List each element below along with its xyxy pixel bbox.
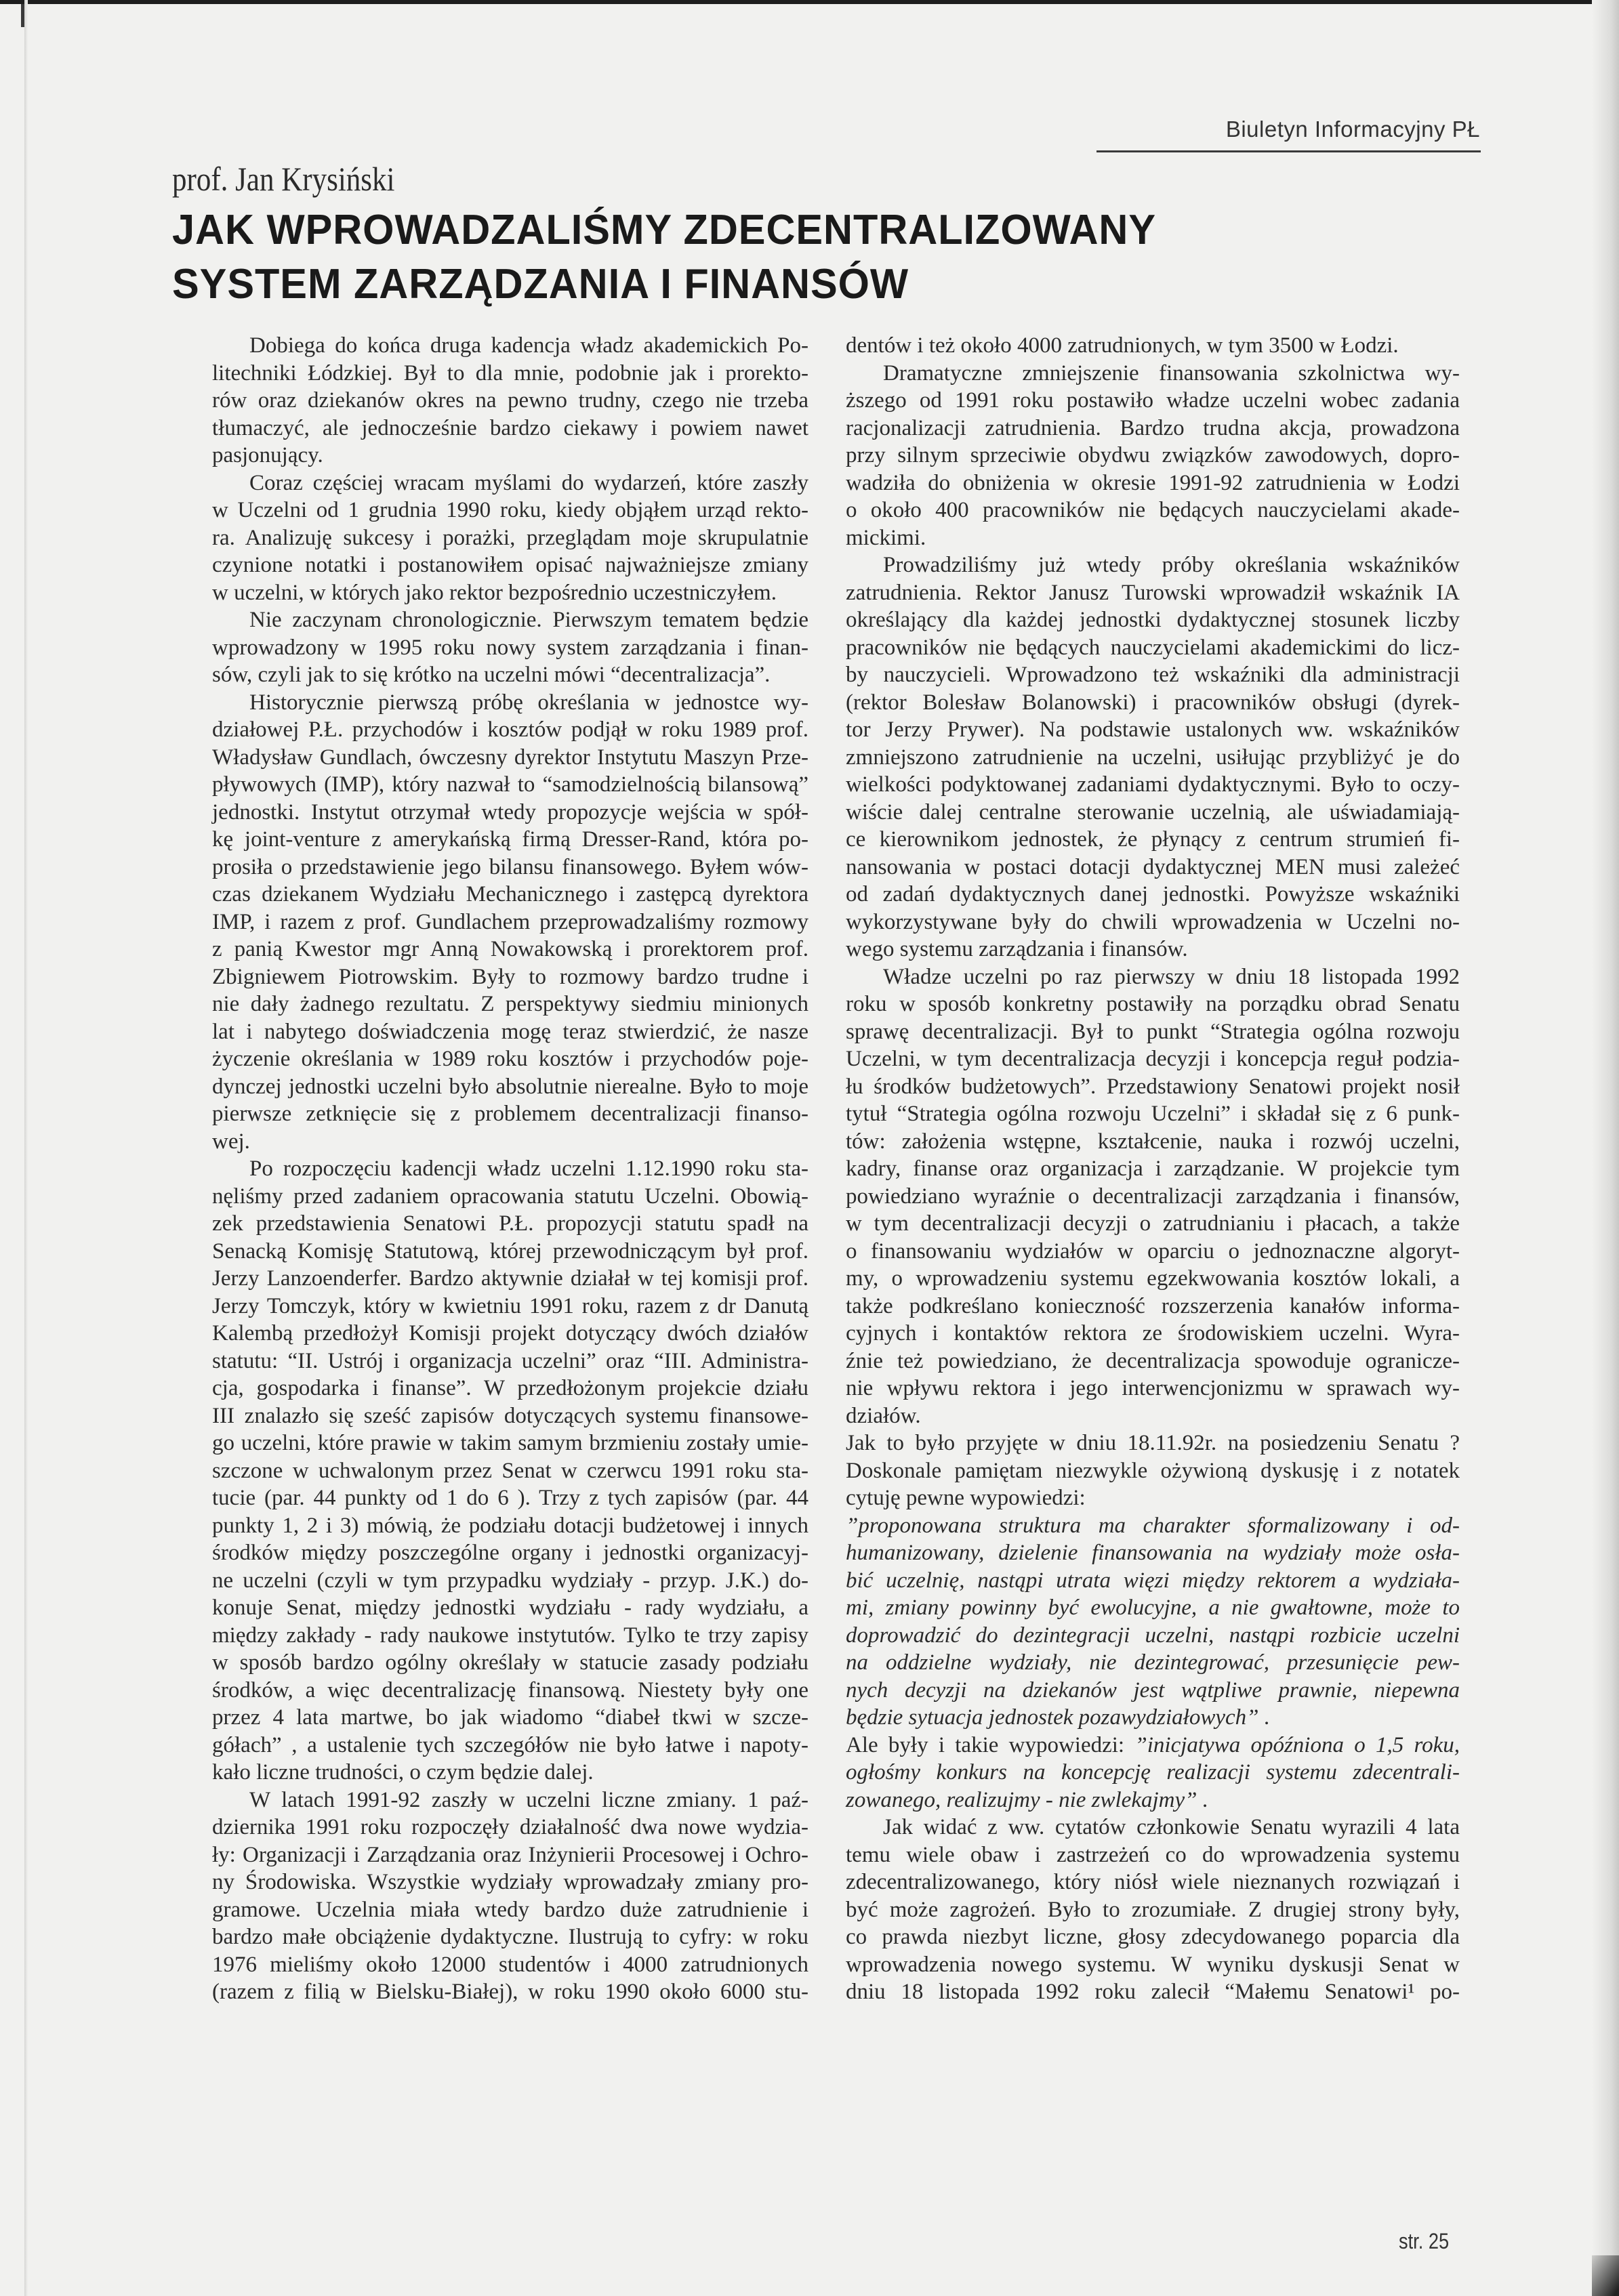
- text-line: dynczej jednostki uczelni było absolutni…: [212, 1073, 808, 1101]
- text-line: działowej P.Ł. przychodów i kosztów podj…: [212, 716, 808, 744]
- text-line: dniu 18 listopada 1992 roku zalecił “Mał…: [846, 1978, 1460, 2006]
- text-line: Zbigniewem Piotrowskim. Były to rozmowy …: [212, 963, 808, 991]
- text-line: by nauczycieli. Wprowadzono też wskaźnik…: [846, 661, 1460, 689]
- text-line: tłumaczyć, ale jednocześnie bardzo cieka…: [212, 415, 808, 442]
- text-line: ższego od 1991 roku postawiło władze ucz…: [846, 387, 1460, 415]
- text-line: zek przedstawienia Senatowi P.Ł. propozy…: [212, 1210, 808, 1238]
- text-line: gółach” , a ustalenie tych szczegółów ni…: [212, 1732, 808, 1759]
- text-line: kę joint-venture z amerykańską firmą Dre…: [212, 826, 808, 854]
- text-line: pływowych (IMP), który nazwał to “samodz…: [212, 771, 808, 799]
- text-line: na oddzielne wydziały, nie dezintegrować…: [846, 1649, 1460, 1677]
- text-line: dentów i też około 4000 zatrudnionych, w…: [846, 332, 1460, 360]
- text-line: wielkości podyktowanej zadaniami dydakty…: [846, 771, 1460, 799]
- text-line: Jak widać z ww. cytatów członkowie Senat…: [846, 1814, 1460, 1841]
- text-line: (razem z filią w Bielsku-Białej), w roku…: [212, 1978, 808, 2006]
- text-line: ce kierownikom jednostek, że płynący z c…: [846, 826, 1460, 854]
- text-line: także podkreślano konieczność rozszerzen…: [846, 1293, 1460, 1320]
- text-line: Kalembą przedłożył Komisji projekt dotyc…: [212, 1320, 808, 1348]
- text-line: my, o wprowadzeniu systemu egzekwowania …: [846, 1265, 1460, 1293]
- text-line: sów, czyli jak to się krótko na uczelni …: [212, 661, 808, 689]
- text-line: Dramatyczne zmniejszenie finansowania sz…: [846, 360, 1460, 388]
- text-line: w tym decentralizacji decyzji o zatrudni…: [846, 1210, 1460, 1238]
- text-line: rów oraz dziekanów okres na pewno trudny…: [212, 387, 808, 415]
- text-line: przy silnym sprzeciwie obydwu związków z…: [846, 442, 1460, 469]
- text-line: określający dla każdej jednostki dydakty…: [846, 606, 1460, 634]
- text-line: o finansowaniu wydziałów w oparciu o jed…: [846, 1238, 1460, 1266]
- text-line: Władysław Gundlach, ówczesny dyrektor In…: [212, 744, 808, 772]
- text-line: racjonalizacji zatrudnienia. Bardzo trud…: [846, 415, 1460, 442]
- text-line: Jerzy Tomczyk, który w kwietniu 1991 rok…: [212, 1293, 808, 1320]
- text-line: szczone w uchwalonym przez Senat w czerw…: [212, 1457, 808, 1485]
- text-line: ne uczelni (czyli w tym przypadku wydzia…: [212, 1567, 808, 1595]
- text-line: go uczelni, które prawie w takim samym b…: [212, 1429, 808, 1457]
- text-line: jednostki. Instytut otrzymał wtedy propo…: [212, 799, 808, 827]
- text-line: co prawda niezbyt liczne, głosy zdecydow…: [846, 1923, 1460, 1951]
- scan-top-edge: [0, 0, 1619, 4]
- text-line: kadry, finanse oraz organizacja i zarząd…: [846, 1155, 1460, 1183]
- text-line: wprowadzenia nowego systemu. W wyniku dy…: [846, 1951, 1460, 1979]
- title-line: JAK WPROWADZALIŚMY ZDECENTRALIZOWANY: [172, 203, 1156, 257]
- text-line: zowanego, realizujmy - nie zwlekajmy” .: [846, 1787, 1460, 1814]
- text-line: lat i nabytego doświadczenia mogę teraz …: [212, 1018, 808, 1046]
- running-header: Biuletyn Informacyjny PŁ: [1226, 117, 1480, 142]
- text-line: gramowe. Uczelnia miała wtedy bardzo duż…: [212, 1896, 808, 1924]
- text-line: czynione notatki i postanowiłem opisać n…: [212, 551, 808, 579]
- text-line: roku w sposób konkretny postawiły na por…: [846, 990, 1460, 1018]
- text-line: pracowników nie będących nauczycielami a…: [846, 634, 1460, 662]
- text-line: Dobiega do końca druga kadencja władz ak…: [212, 332, 808, 360]
- text-line: (rektor Bolesław Bolanowski) i pracownik…: [846, 689, 1460, 717]
- text-line: tytuł “Strategia ogólna rozwoju Uczelni”…: [846, 1100, 1460, 1128]
- text-line: w uczelni, w których jako rektor bezpośr…: [212, 579, 808, 607]
- text-line: zmniejszono zatrudnienie na uczelni, usi…: [846, 744, 1460, 772]
- text-line: pierwsze zetknięcie się z problemem dece…: [212, 1100, 808, 1128]
- text-line: wprowadzony w 1995 roku nowy system zarz…: [212, 634, 808, 662]
- text-line: Władze uczelni po raz pierwszy w dniu 18…: [846, 963, 1460, 991]
- article-title: JAK WPROWADZALIŚMY ZDECENTRALIZOWANY SYS…: [172, 203, 1156, 312]
- text-line: bić uczelnię, nastąpi utrata więzi międz…: [846, 1567, 1460, 1595]
- text-line: od zadań dydaktycznych danej jednostki. …: [846, 881, 1460, 909]
- text-line: zatrudnienia. Rektor Janusz Turowski wpr…: [846, 579, 1460, 607]
- text-line: sprawę decentralizacji. Był to punkt “St…: [846, 1018, 1460, 1046]
- text-line: z panią Kwestor mgr Anną Nowakowską i pr…: [212, 936, 808, 963]
- text-line: tor Jerzy Prywer). Na podstawie ustalony…: [846, 716, 1460, 744]
- text-line: statutu: “II. Ustrój i organizacja uczel…: [212, 1348, 808, 1375]
- text-line: źnie też powiedziano, że decentralizacja…: [846, 1348, 1460, 1375]
- text-line: cyjnych i kontaktów rektora ze środowisk…: [846, 1320, 1460, 1348]
- text-line: być może zagrożeń. Było to zrozumiałe. Z…: [846, 1896, 1460, 1924]
- text-line: tów: założenia wstępne, kształcenie, nau…: [846, 1128, 1460, 1156]
- text-line: nęliśmy przed zadaniem opracowania statu…: [212, 1183, 808, 1211]
- text-line: Prowadziliśmy już wtedy próby określania…: [846, 551, 1460, 579]
- text-line: życzenie określania w 1989 roku kosztów …: [212, 1045, 808, 1073]
- text-line: Ale były i takie wypowiedzi: ”inicjatywa…: [846, 1732, 1460, 1759]
- text-line: powiedziano wyraźnie o decentralizacji z…: [846, 1183, 1460, 1211]
- text-line: Jerzy Lanzoenderfer. Bardzo aktywnie dzi…: [212, 1265, 808, 1293]
- page-corner-shadow: [1592, 2255, 1619, 2296]
- text-line: Po rozpoczęciu kadencji władz uczelni 1.…: [212, 1155, 808, 1183]
- text-line: 1976 mieliśmy około 12000 studentów i 40…: [212, 1951, 808, 1979]
- text-line: Doskonale pamiętam niezwykle ożywioną dy…: [846, 1457, 1460, 1485]
- gutter-shadow: [24, 0, 28, 2296]
- text-line: cja, gospodarka i finanse”. W przedłożon…: [212, 1375, 808, 1402]
- text-line: Jak to było przyjęte w dniu 18.11.92r. n…: [846, 1429, 1460, 1457]
- text-line: Uczelni, w tym decentralizacja decyzji i…: [846, 1045, 1460, 1073]
- text-line: wego systemu zarządzania i finansów.: [846, 936, 1460, 963]
- text-line: w sposób bardzo ogólny określały w statu…: [212, 1649, 808, 1677]
- text-line: wej.: [212, 1128, 808, 1156]
- text-line: będzie sytuacja jednostek pozawydziałowy…: [846, 1704, 1460, 1732]
- text-line: wykorzystywane były do chwili wprowadzen…: [846, 909, 1460, 936]
- text-line: nie wpływu rektora i jego interwencjoniz…: [846, 1375, 1460, 1402]
- text-line: ra. Analizuję sukcesy i porażki, przeglą…: [212, 524, 808, 552]
- text-line: mickimi.: [846, 524, 1460, 552]
- header-rule: [1097, 150, 1481, 152]
- text-line: humanizowany, dzielenie finansowania na …: [846, 1539, 1460, 1567]
- text-line: prosiła o przedstawienie jego bilansu fi…: [212, 854, 808, 881]
- text-line: Senacką Komisję Statutową, której przewo…: [212, 1238, 808, 1266]
- text-line: wadziła do obniżenia w okresie 1991-92 z…: [846, 469, 1460, 497]
- text-line: Coraz częściej wracam myślami do wydarze…: [212, 469, 808, 497]
- left-column: Dobiega do końca druga kadencja władz ak…: [212, 332, 808, 2006]
- text-line: litechniki Łódzkiej. Był to dla mnie, po…: [212, 360, 808, 388]
- text-line: pasjonujący.: [212, 442, 808, 469]
- text-line: środków, a więc decentralizację finansow…: [212, 1677, 808, 1705]
- text-line: tucie (par. 44 punkty od 1 do 6 ). Trzy …: [212, 1484, 808, 1512]
- text-line: zdecentralizowanego, który niósł wiele n…: [846, 1869, 1460, 1896]
- text-line: W latach 1991-92 zaszły w uczelni liczne…: [212, 1787, 808, 1814]
- text-line: działów.: [846, 1402, 1460, 1430]
- text-line: punkty 1, 2 i 3) mówią, że podziału dota…: [212, 1512, 808, 1540]
- text-line: Historycznie pierwszą próbę określania w…: [212, 689, 808, 717]
- text-line: między zakłady - rady naukowe instytutów…: [212, 1622, 808, 1650]
- text-line: ły: Organizacji i Zarządzania oraz Inżyn…: [212, 1841, 808, 1869]
- text-line: w Uczelni od 1 grudnia 1990 roku, kiedy …: [212, 497, 808, 524]
- page-number: str. 25: [1399, 2229, 1449, 2254]
- text-line: cytuję pewne wypowiedzi:: [846, 1484, 1460, 1512]
- text-line: III znalazło się sześć zapisów dotyczący…: [212, 1402, 808, 1430]
- text-line: konuje Senat, między jednostki wydziału …: [212, 1594, 808, 1622]
- text-line: wiście dalej centralne sterowanie uczeln…: [846, 799, 1460, 827]
- text-line: doprowadzić do dezintegracji uczelni, na…: [846, 1622, 1460, 1650]
- text-line: mi, zmiany powinny być ewolucyjne, a nie…: [846, 1594, 1460, 1622]
- article-author: prof. Jan Krysiński: [172, 159, 394, 199]
- text-line: dziernika 1991 roku rozpoczęły działalno…: [212, 1814, 808, 1841]
- text-line: środków między poszczególne organy i jed…: [212, 1539, 808, 1567]
- text-line: czas dziekanem Wydziału Mechanicznego i …: [212, 881, 808, 909]
- text-line: o około 400 pracowników nie będących nau…: [846, 497, 1460, 524]
- text-line: nych decyzji na dziekanów jest wątpliwe …: [846, 1677, 1460, 1705]
- text-line: ny Środowiska. Wszystkie wydziały wprowa…: [212, 1869, 808, 1896]
- text-line: nie dały żadnego rezultatu. Z perspektyw…: [212, 990, 808, 1018]
- text-line: przez 4 lata martwe, bo jak wiadomo “dia…: [212, 1704, 808, 1732]
- text-line: temu wiele obaw i zastrzeżeń co do wprow…: [846, 1841, 1460, 1869]
- title-line: SYSTEM ZARZĄDZANIA I FINANSÓW: [172, 257, 1156, 312]
- page-edge-shadow: [1592, 0, 1619, 2296]
- text-line: nansowania w postaci dotacji dydaktyczne…: [846, 854, 1460, 881]
- text-line: bardzo małe obciążenie dydaktyczne. Ilus…: [212, 1923, 808, 1951]
- text-line: ”proponowana struktura ma charakter sfor…: [846, 1512, 1460, 1540]
- text-line: ogłośmy konkurs na koncepcję realizacji …: [846, 1759, 1460, 1787]
- text-line: IMP, i razem z prof. Gundlachem przeprow…: [212, 909, 808, 936]
- text-line: łu środków budżetowych”. Przedstawiony S…: [846, 1073, 1460, 1101]
- right-column: dentów i też około 4000 zatrudnionych, w…: [846, 332, 1460, 2006]
- text-line: Nie zaczynam chronologicznie. Pierwszym …: [212, 606, 808, 634]
- text-line: kało liczne trudności, o czym będzie dal…: [212, 1759, 808, 1787]
